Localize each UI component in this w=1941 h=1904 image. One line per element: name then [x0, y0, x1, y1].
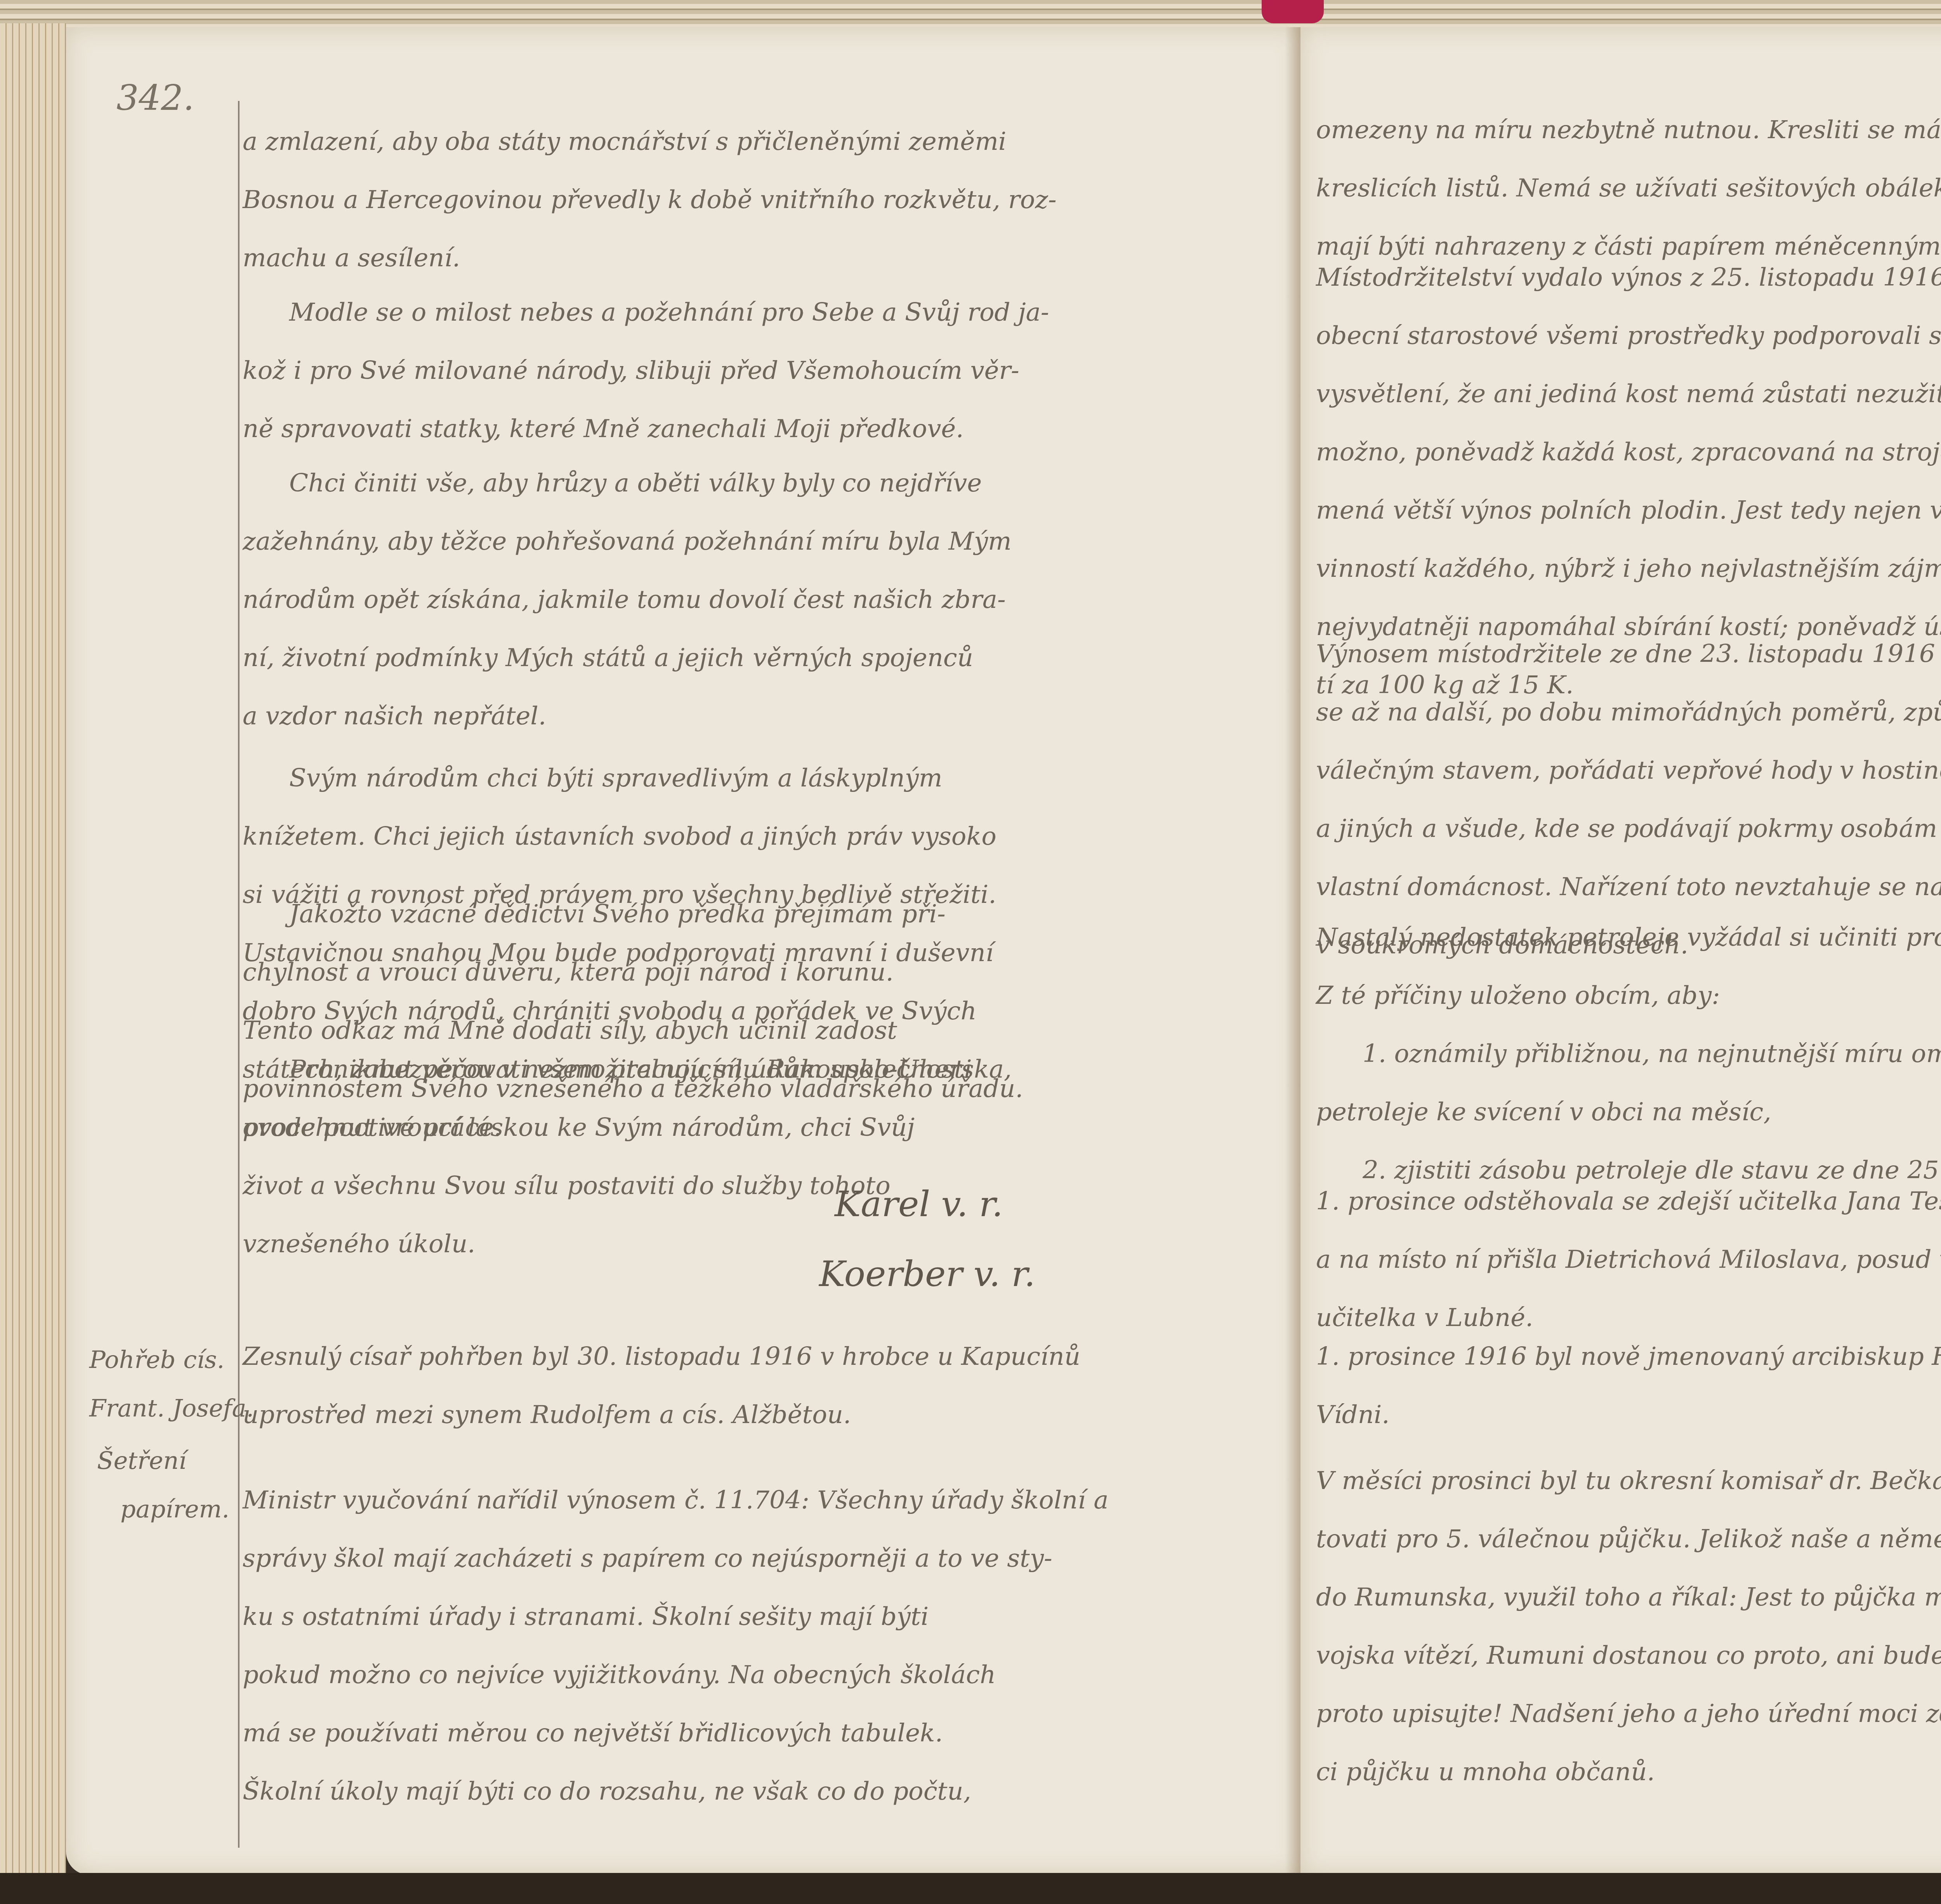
text-line: zažehnány, aby těžce pohřešovaná požehná…: [243, 512, 1012, 571]
text-line: Svým národům chci býti spravedlivým a lá…: [243, 749, 997, 807]
text-line: válečným stavem, pořádati vepřové hody v…: [1316, 741, 1941, 800]
text-line: 1. oznámily přibližnou, na nejnutnější m…: [1316, 1025, 1941, 1083]
text-line: Ministr vyučování nařídil výnosem č. 11.…: [243, 1471, 1108, 1529]
entry-paper-saving: Ministr vyučování nařídil výnosem č. 11.…: [243, 1471, 1108, 1821]
text-line: Výnosem místodržitele ze dne 23. listopa…: [1316, 625, 1941, 683]
text-line: Školní úkoly mají býti co do rozsahu, ne…: [243, 1762, 1108, 1821]
text-line: Jakožto vzácné dědictví Svého předka pře…: [243, 885, 1023, 943]
text-line: se až na další, po dobu mimořádných pomě…: [1316, 683, 1941, 741]
text-line: pokud možno co nejvíce vyjižitkovány. Na…: [243, 1646, 1108, 1704]
text-line: má se používati měrou co největší břidli…: [243, 1704, 1108, 1762]
text-line: uprostřed mezi synem Rudolfem a cís. Alž…: [243, 1386, 1080, 1444]
entry-new-teacher: 1. prosince odstěhovala se zdejší učitel…: [1316, 1172, 1941, 1347]
text-line: ku s ostatními úřady i stranami. Školní …: [243, 1588, 1108, 1646]
text-line: 1. prosince 1916 byl nově jmenovaný arci…: [1316, 1328, 1941, 1386]
text-line: mená větší výnos polních plodin. Jest te…: [1316, 481, 1941, 540]
margin-note-paper: Šetření papírem.: [97, 1436, 229, 1533]
text-line: národům opět získána, jakmile tomu dovol…: [243, 571, 1012, 629]
text-line: 1. prosince odstěhovala se zdejší učitel…: [1316, 1172, 1941, 1231]
paragraph-6: Proniknut věrou v nezmožitelnou sílu Rak…: [243, 1040, 1012, 1273]
text-line: omezeny na míru nezbytně nutnou. Kreslit…: [1316, 101, 1941, 159]
text-line: V měsíci prosinci byl tu okresní komisař…: [1316, 1452, 1941, 1510]
text-line: Nastalý nedostatek petroleje vyžádal si …: [1316, 908, 1941, 967]
text-line: a vzdor našich nepřátel.: [243, 687, 1012, 745]
book-bottom-shadow: [0, 1873, 1941, 1904]
paragraph-1: a zmlazení, aby oba státy mocnářství s p…: [243, 113, 1057, 287]
left-margin-rule: [238, 101, 240, 1848]
text-line: petroleje ke svícení v obci na měsíc,: [1316, 1083, 1941, 1141]
text-line: správy škol mají zacházeti s papírem co …: [243, 1529, 1108, 1588]
text-line: a jiných a všude, kde se podávají pokrmy…: [1316, 800, 1941, 858]
text-line: možno, poněvadž každá kost, zpracovaná n…: [1316, 423, 1941, 481]
text-line: vysvětlení, že ani jediná kost nemá zůst…: [1316, 365, 1941, 423]
text-line: kreslicích listů. Nemá se užívati sešito…: [1316, 159, 1941, 217]
text-line: vinností každého, nýbrž i jeho nejvlastn…: [1316, 540, 1941, 598]
text-line: Zesnulý císař pohřben byl 30. listopadu …: [243, 1328, 1080, 1386]
paragraph-3: Chci činiti vše, aby hrůzy a oběti války…: [243, 345, 1012, 745]
ribbon-bookmark: [1262, 0, 1324, 23]
entry-war-loan: V měsíci prosinci byl tu okresní komisař…: [1316, 1452, 1941, 1801]
text-line: machu a sesílení.: [243, 229, 1057, 287]
text-line: proto upisujte! Nadšení jeho a jeho úřed…: [1316, 1685, 1941, 1743]
margin-note-funeral: Pohřeb cís. Frant. Josefa.: [89, 1335, 254, 1432]
entry-petroleum: Nastalý nedostatek petroleje vyžádal si …: [1316, 908, 1941, 1199]
text-line: vojska vítězí, Rumuni dostanou co proto,…: [1316, 1626, 1941, 1685]
text-line: a na místo ní přišla Dietrichová Milosla…: [1316, 1231, 1941, 1289]
text-line: vlastní domácnost. Nařízení toto nevztah…: [1316, 858, 1941, 916]
text-line: do Rumunska, využil toho a říkal: Jest t…: [1316, 1568, 1941, 1626]
signature-koerber: Koerber v. r.: [819, 1254, 1035, 1295]
text-line: Modle se o milost nebes a požehnání pro …: [243, 283, 1049, 342]
text-line: ní, životní podmínky Mých států a jejich…: [243, 629, 1012, 687]
text-line: obecní starostové všemi prostředky podpo…: [1316, 307, 1941, 365]
text-line: Vídni.: [1316, 1386, 1941, 1444]
text-line: Bosnou a Hercegovinou převedly k době vn…: [243, 171, 1057, 229]
page-number-left: 342.: [116, 78, 194, 118]
text-line: knížetem. Chci jejich ústavních svobod a…: [243, 807, 997, 866]
text-line: prodchnut vroucí láskou ke Svým národům,…: [243, 1099, 1012, 1157]
text-line: ci půjčku u mnoha občanů.: [1316, 1743, 1941, 1801]
text-line: tovati pro 5. válečnou půjčku. Jelikož n…: [1316, 1510, 1941, 1568]
text-line: Proniknut věrou v nezmožitelnou sílu Rak…: [243, 1040, 1012, 1099]
text-line: chylnost a vroucí důvěru, která pojí nár…: [243, 943, 1023, 1001]
page-stack-left: [0, 23, 66, 1887]
entry-archbishop: 1. prosince 1916 byl nově jmenovaný arci…: [1316, 1328, 1941, 1444]
text-line: Chci činiti vše, aby hrůzy a oběti války…: [243, 454, 1012, 512]
signature-karel: Karel v. r.: [835, 1184, 1003, 1225]
text-line: Z té příčiny uloženo obcím, aby:: [1316, 967, 1941, 1025]
text-line: a zmlazení, aby oba státy mocnářství s p…: [243, 113, 1057, 171]
text-line: Místodržitelství vydalo výnos z 25. list…: [1316, 248, 1941, 307]
entry-funeral: Zesnulý císař pohřben byl 30. listopadu …: [243, 1328, 1080, 1444]
